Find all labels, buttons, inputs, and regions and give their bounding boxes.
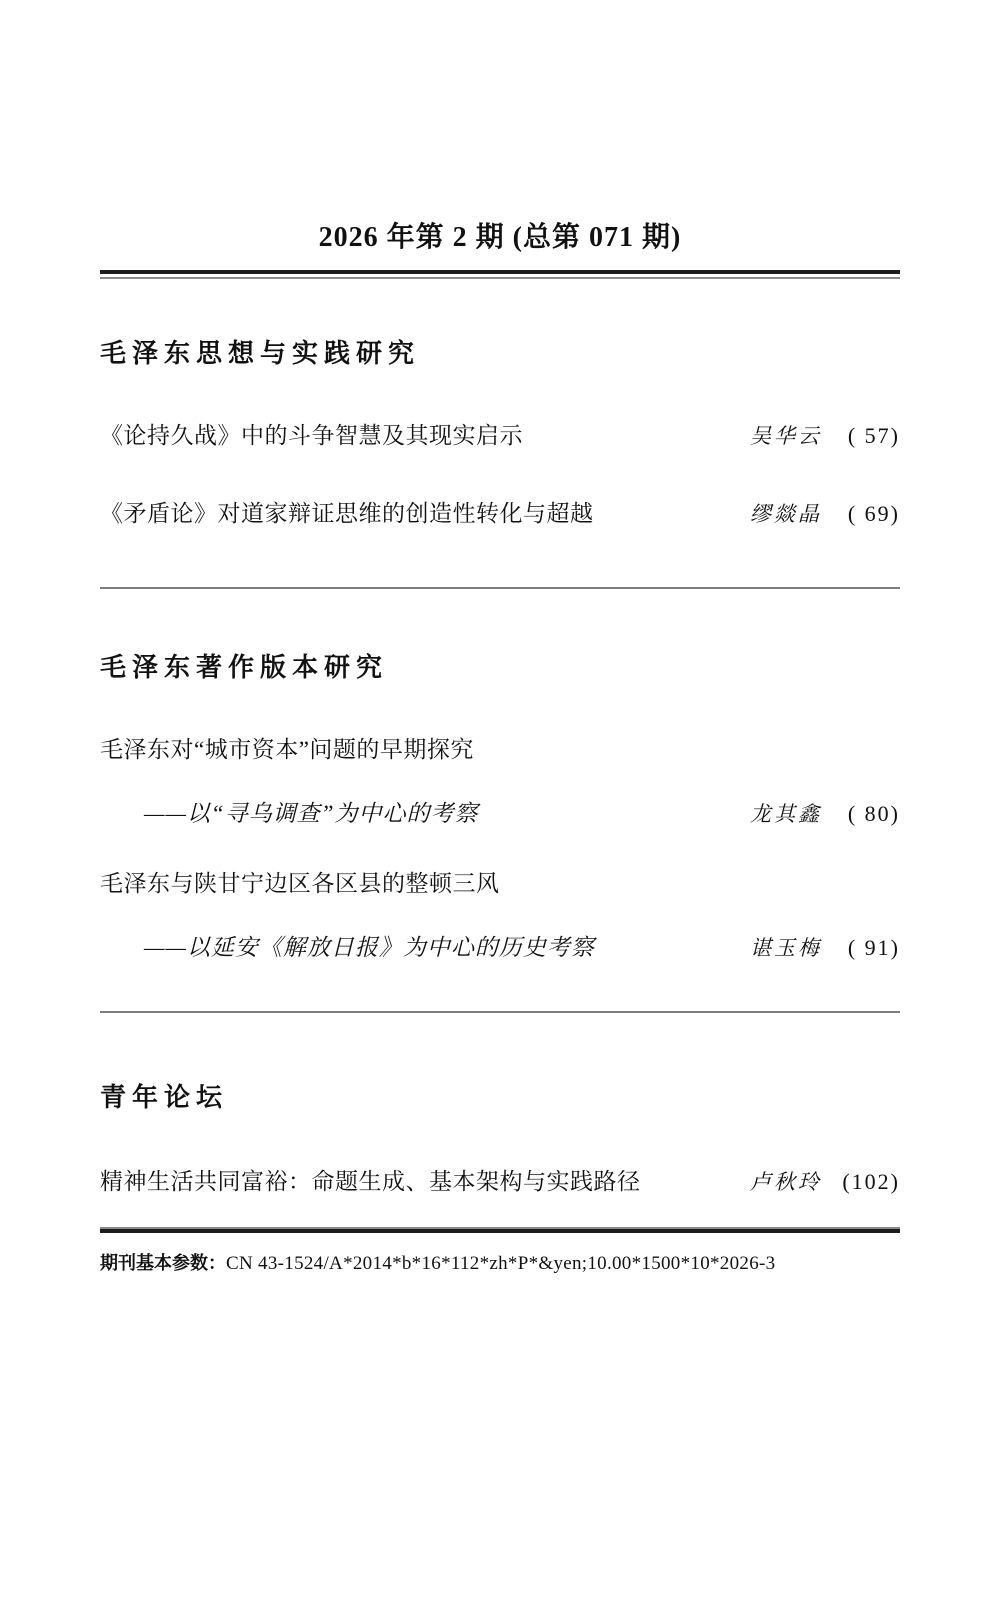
article-byline: 缪燚晶 ( 69) xyxy=(750,499,900,529)
article-subtitle-row: ——以“寻乌调查”为中心的考察 龙其鑫 ( 80) xyxy=(100,799,900,829)
article-row: 《论持久战》中的斗争智慧及其现实启示 吴华云 ( 57) xyxy=(100,421,900,451)
article-author: 卢秋玲 xyxy=(750,1167,822,1197)
article-author: 龙其鑫 xyxy=(750,799,822,829)
article-page-number: ( 69) xyxy=(834,499,900,529)
article-page-number: ( 91) xyxy=(834,933,900,963)
article-row: 毛泽东对“城市资本”问题的早期探究 xyxy=(100,735,900,765)
article-byline: 卢秋玲 (102) xyxy=(750,1167,900,1197)
article-page-number: ( 57) xyxy=(834,421,900,451)
article-page-number: (102) xyxy=(834,1167,900,1197)
footer-label: 期刊基本参数 xyxy=(100,1253,208,1273)
footer-value: CN 43-1524/A*2014*b*16*112*zh*P*&yen;10.… xyxy=(226,1253,775,1274)
section-divider xyxy=(100,1011,900,1013)
rule-thick-line xyxy=(100,1229,900,1233)
footer-separator: ： xyxy=(208,1253,226,1273)
article-row: 毛泽东与陕甘宁边区各区县的整顿三风 xyxy=(100,869,900,899)
journal-contents-page: 2026 年第 2 期 (总第 071 期) 毛泽东思想与实践研究 《论持久战》… xyxy=(100,220,900,1278)
rule-thin-line xyxy=(100,277,900,279)
article-author: 吴华云 xyxy=(750,421,822,451)
article-title: 《论持久战》中的斗争智慧及其现实启示 xyxy=(100,421,523,451)
article-author: 缪燚晶 xyxy=(750,499,822,529)
article-subtitle: ——以延安《解放日报》为中心的历史考察 xyxy=(100,933,595,963)
article-page-number: ( 80) xyxy=(834,799,900,829)
article-title: 《矛盾论》对道家辩证思维的创造性转化与超越 xyxy=(100,499,594,529)
section-heading-mao-thought: 毛泽东思想与实践研究 xyxy=(100,339,900,369)
article-byline: 龙其鑫 ( 80) xyxy=(750,799,900,829)
article-row: 《矛盾论》对道家辩证思维的创造性转化与超越 缪燚晶 ( 69) xyxy=(100,499,900,529)
article-byline: 吴华云 ( 57) xyxy=(750,421,900,451)
article-byline: 谌玉梅 ( 91) xyxy=(750,933,900,963)
article-row: 精神生活共同富裕：命题生成、基本架构与实践路径 卢秋玲 (102) xyxy=(100,1167,900,1197)
article-subtitle-row: ——以延安《解放日报》为中心的历史考察 谌玉梅 ( 91) xyxy=(100,933,900,963)
section-heading-mao-works: 毛泽东著作版本研究 xyxy=(100,653,900,683)
journal-parameters: 期刊基本参数：CN 43-1524/A*2014*b*16*112*zh*P*&… xyxy=(100,1249,900,1278)
issue-title: 2026 年第 2 期 (总第 071 期) xyxy=(100,220,900,256)
title-double-rule xyxy=(100,270,900,279)
article-title: 毛泽东对“城市资本”问题的早期探究 xyxy=(100,735,474,765)
article-subtitle: ——以“寻乌调查”为中心的考察 xyxy=(100,799,478,829)
section-divider xyxy=(100,587,900,589)
footer-double-rule xyxy=(100,1227,900,1233)
article-author: 谌玉梅 xyxy=(750,933,822,963)
article-title: 毛泽东与陕甘宁边区各区县的整顿三风 xyxy=(100,869,500,899)
article-title: 精神生活共同富裕：命题生成、基本架构与实践路径 xyxy=(100,1167,641,1197)
section-heading-youth-forum: 青年论坛 xyxy=(100,1083,900,1113)
